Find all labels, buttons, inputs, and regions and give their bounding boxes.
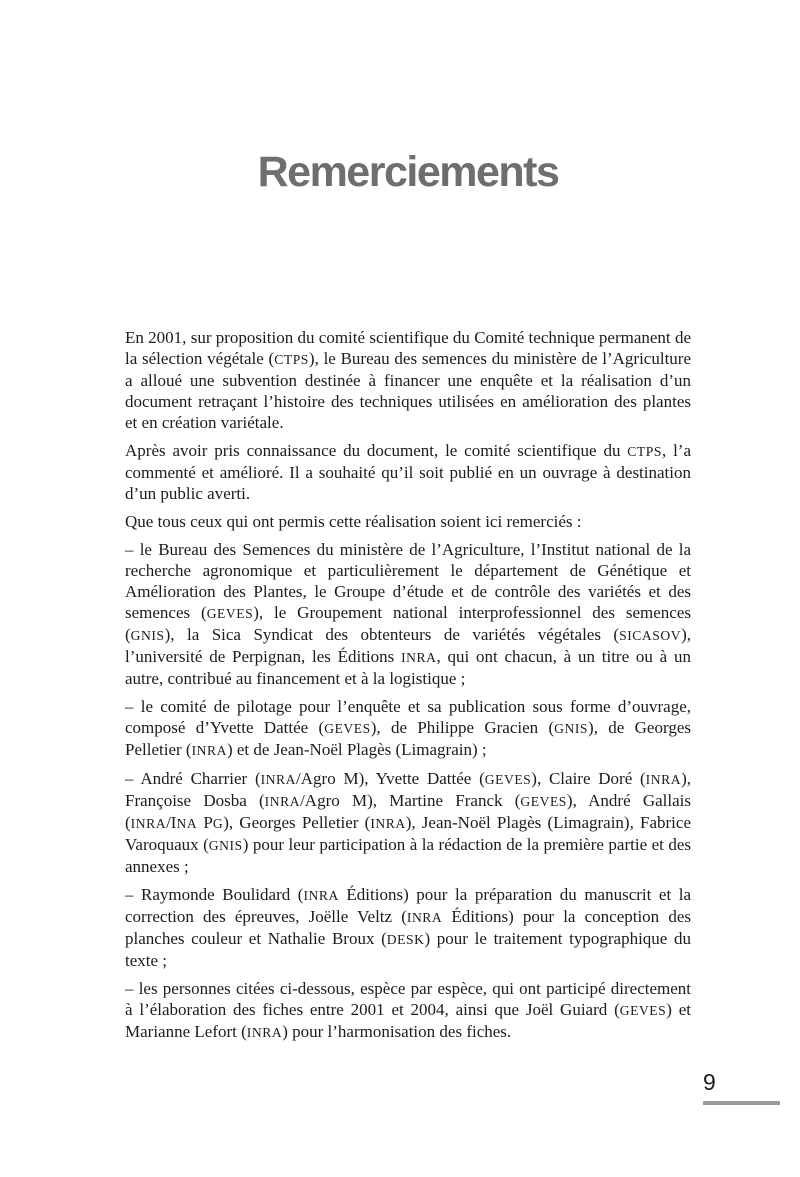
paragraph: – le comité de pilotage pour l’enquête e… xyxy=(125,696,691,761)
small-caps-acronym: GEVES xyxy=(520,794,567,809)
small-caps-acronym: CTPS xyxy=(274,352,309,367)
small-caps-acronym: INRA xyxy=(247,1025,282,1040)
paragraph: – les personnes citées ci-dessous, espèc… xyxy=(125,978,691,1043)
book-page: Remerciements En 2001, sur proposition d… xyxy=(0,0,800,1177)
footer-rule xyxy=(703,1101,780,1105)
small-caps-acronym: SICASOV xyxy=(619,628,681,643)
small-caps-acronym: GNIS xyxy=(131,628,165,643)
paragraph: – le Bureau des Semences du ministère de… xyxy=(125,539,691,689)
small-caps-acronym: NA xyxy=(176,816,197,831)
small-caps-acronym: INRA xyxy=(265,794,300,809)
paragraph: Après avoir pris connaissance du documen… xyxy=(125,440,691,504)
small-caps-acronym: INRA xyxy=(261,772,296,787)
small-caps-acronym: INRA xyxy=(646,772,681,787)
page-number: 9 xyxy=(703,1068,716,1096)
small-caps-acronym: GEVES xyxy=(324,721,371,736)
small-caps-acronym: GEVES xyxy=(207,606,254,621)
paragraph: En 2001, sur proposition du comité scien… xyxy=(125,327,691,433)
paragraph: – Raymonde Boulidard (INRA Éditions) pou… xyxy=(125,884,691,971)
small-caps-acronym: GEVES xyxy=(620,1003,667,1018)
paragraph: – André Charrier (INRA/Agro M), Yvette D… xyxy=(125,768,691,877)
small-caps-acronym: INRA xyxy=(407,910,442,925)
small-caps-acronym: GNIS xyxy=(209,838,243,853)
paragraph: Que tous ceux qui ont permis cette réali… xyxy=(125,511,691,532)
small-caps-acronym: INRA xyxy=(370,816,405,831)
acknowledgements-text: En 2001, sur proposition du comité scien… xyxy=(125,327,691,1050)
small-caps-acronym: GNIS xyxy=(554,721,588,736)
small-caps-acronym: INRA xyxy=(401,650,436,665)
small-caps-acronym: INRA xyxy=(131,816,166,831)
small-caps-acronym: INRA xyxy=(303,888,338,903)
small-caps-acronym: CTPS xyxy=(627,444,662,459)
small-caps-acronym: GEVES xyxy=(485,772,532,787)
small-caps-acronym: G xyxy=(213,816,223,831)
small-caps-acronym: INRA xyxy=(192,743,227,758)
page-title: Remerciements xyxy=(125,148,691,197)
small-caps-acronym: DESK xyxy=(387,932,425,947)
